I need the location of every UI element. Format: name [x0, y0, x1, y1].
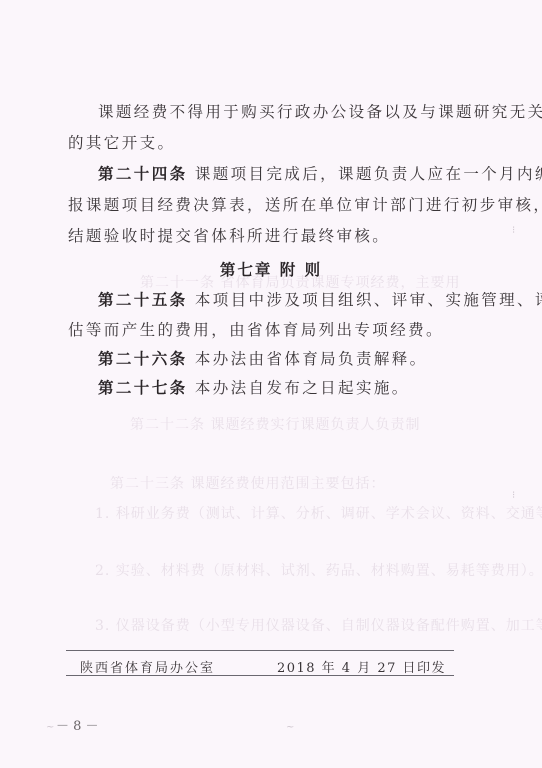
bleed-text: 1. 科研业务费（测试、计算、分析、调研、学术会议、资料、交通等费用）。 — [95, 503, 542, 523]
chapter-title: 第七章 附 则 — [0, 258, 542, 280]
bleed-text: 第二十二条 课题经费实行课题负责人负责制 — [130, 414, 420, 434]
issue-date: 2018 年 4 月 27 日印发 — [277, 657, 446, 676]
paragraph-line: 课题经费不得用于购买行政办公设备以及与课题研究无关 — [98, 100, 542, 122]
scan-mark-icon: ⁝ — [512, 225, 515, 236]
article-number: 第二十六条 — [98, 349, 188, 368]
footer-bottom-rule — [66, 675, 454, 676]
paragraph-text: 报课题项目经费决算表，送所在单位审计部门进行初步审核，在 — [68, 196, 542, 214]
article-number: 第二十四条 — [98, 164, 188, 183]
article-27: 第二十七条 本办法自发布之日起实施。 — [98, 376, 410, 398]
bleed-text: 3. 仪器设备费（小型专用仪器设备、自制仪器设备配件购置、加工等费用）。 — [95, 615, 542, 635]
document-page: 第二十一条 省体育局负责课题专项经费，主要用 第二十二条 课题经费实行课题负责人… — [0, 0, 542, 768]
article-number: 第二十七条 — [98, 378, 188, 397]
page-number: － 8 － — [56, 715, 99, 734]
paragraph-line: 估等而产生的费用，由省体育局列出专项经费。 — [68, 318, 444, 340]
paragraph-text: 的其它开支。 — [68, 134, 175, 152]
paragraph-text: 估等而产生的费用，由省体育局列出专项经费。 — [68, 321, 444, 339]
article-number: 第二十五条 — [98, 290, 188, 309]
issuer: 陕西省体育局办公室 — [80, 657, 215, 676]
article-text: 课题项目完成后，课题负责人应在一个月内编 — [188, 165, 542, 183]
footer-top-rule — [66, 650, 454, 651]
bleed-text: 第二十三条 课题经费使用范围主要包括： — [110, 473, 385, 493]
paragraph-line: 报课题项目经费决算表，送所在单位审计部门进行初步审核，在 — [68, 193, 542, 215]
scan-mark-icon: ~ — [286, 722, 294, 733]
article-25: 第二十五条 本项目中涉及项目组织、评审、实施管理、评 — [98, 288, 542, 310]
article-24: 第二十四条 课题项目完成后，课题负责人应在一个月内编 — [98, 162, 542, 184]
paragraph-line: 结题验收时提交省体科所进行最终审核。 — [68, 224, 390, 246]
scan-mark-icon: ~ — [46, 722, 54, 733]
scan-mark-icon: ⁝ — [512, 490, 515, 501]
article-text: 本办法自发布之日起实施。 — [188, 379, 410, 397]
paragraph-line: 的其它开支。 — [68, 131, 175, 153]
article-text: 本办法由省体育局负责解释。 — [188, 350, 428, 368]
bleed-text: 2. 实验、材料费（原材料、试剂、药品、材料购置、易耗等费用）。 — [95, 560, 542, 580]
paragraph-text: 课题经费不得用于购买行政办公设备以及与课题研究无关 — [98, 103, 542, 121]
article-text: 本项目中涉及项目组织、评审、实施管理、评 — [188, 291, 542, 309]
article-26: 第二十六条 本办法由省体育局负责解释。 — [98, 347, 428, 369]
paragraph-text: 结题验收时提交省体科所进行最终审核。 — [68, 227, 390, 245]
